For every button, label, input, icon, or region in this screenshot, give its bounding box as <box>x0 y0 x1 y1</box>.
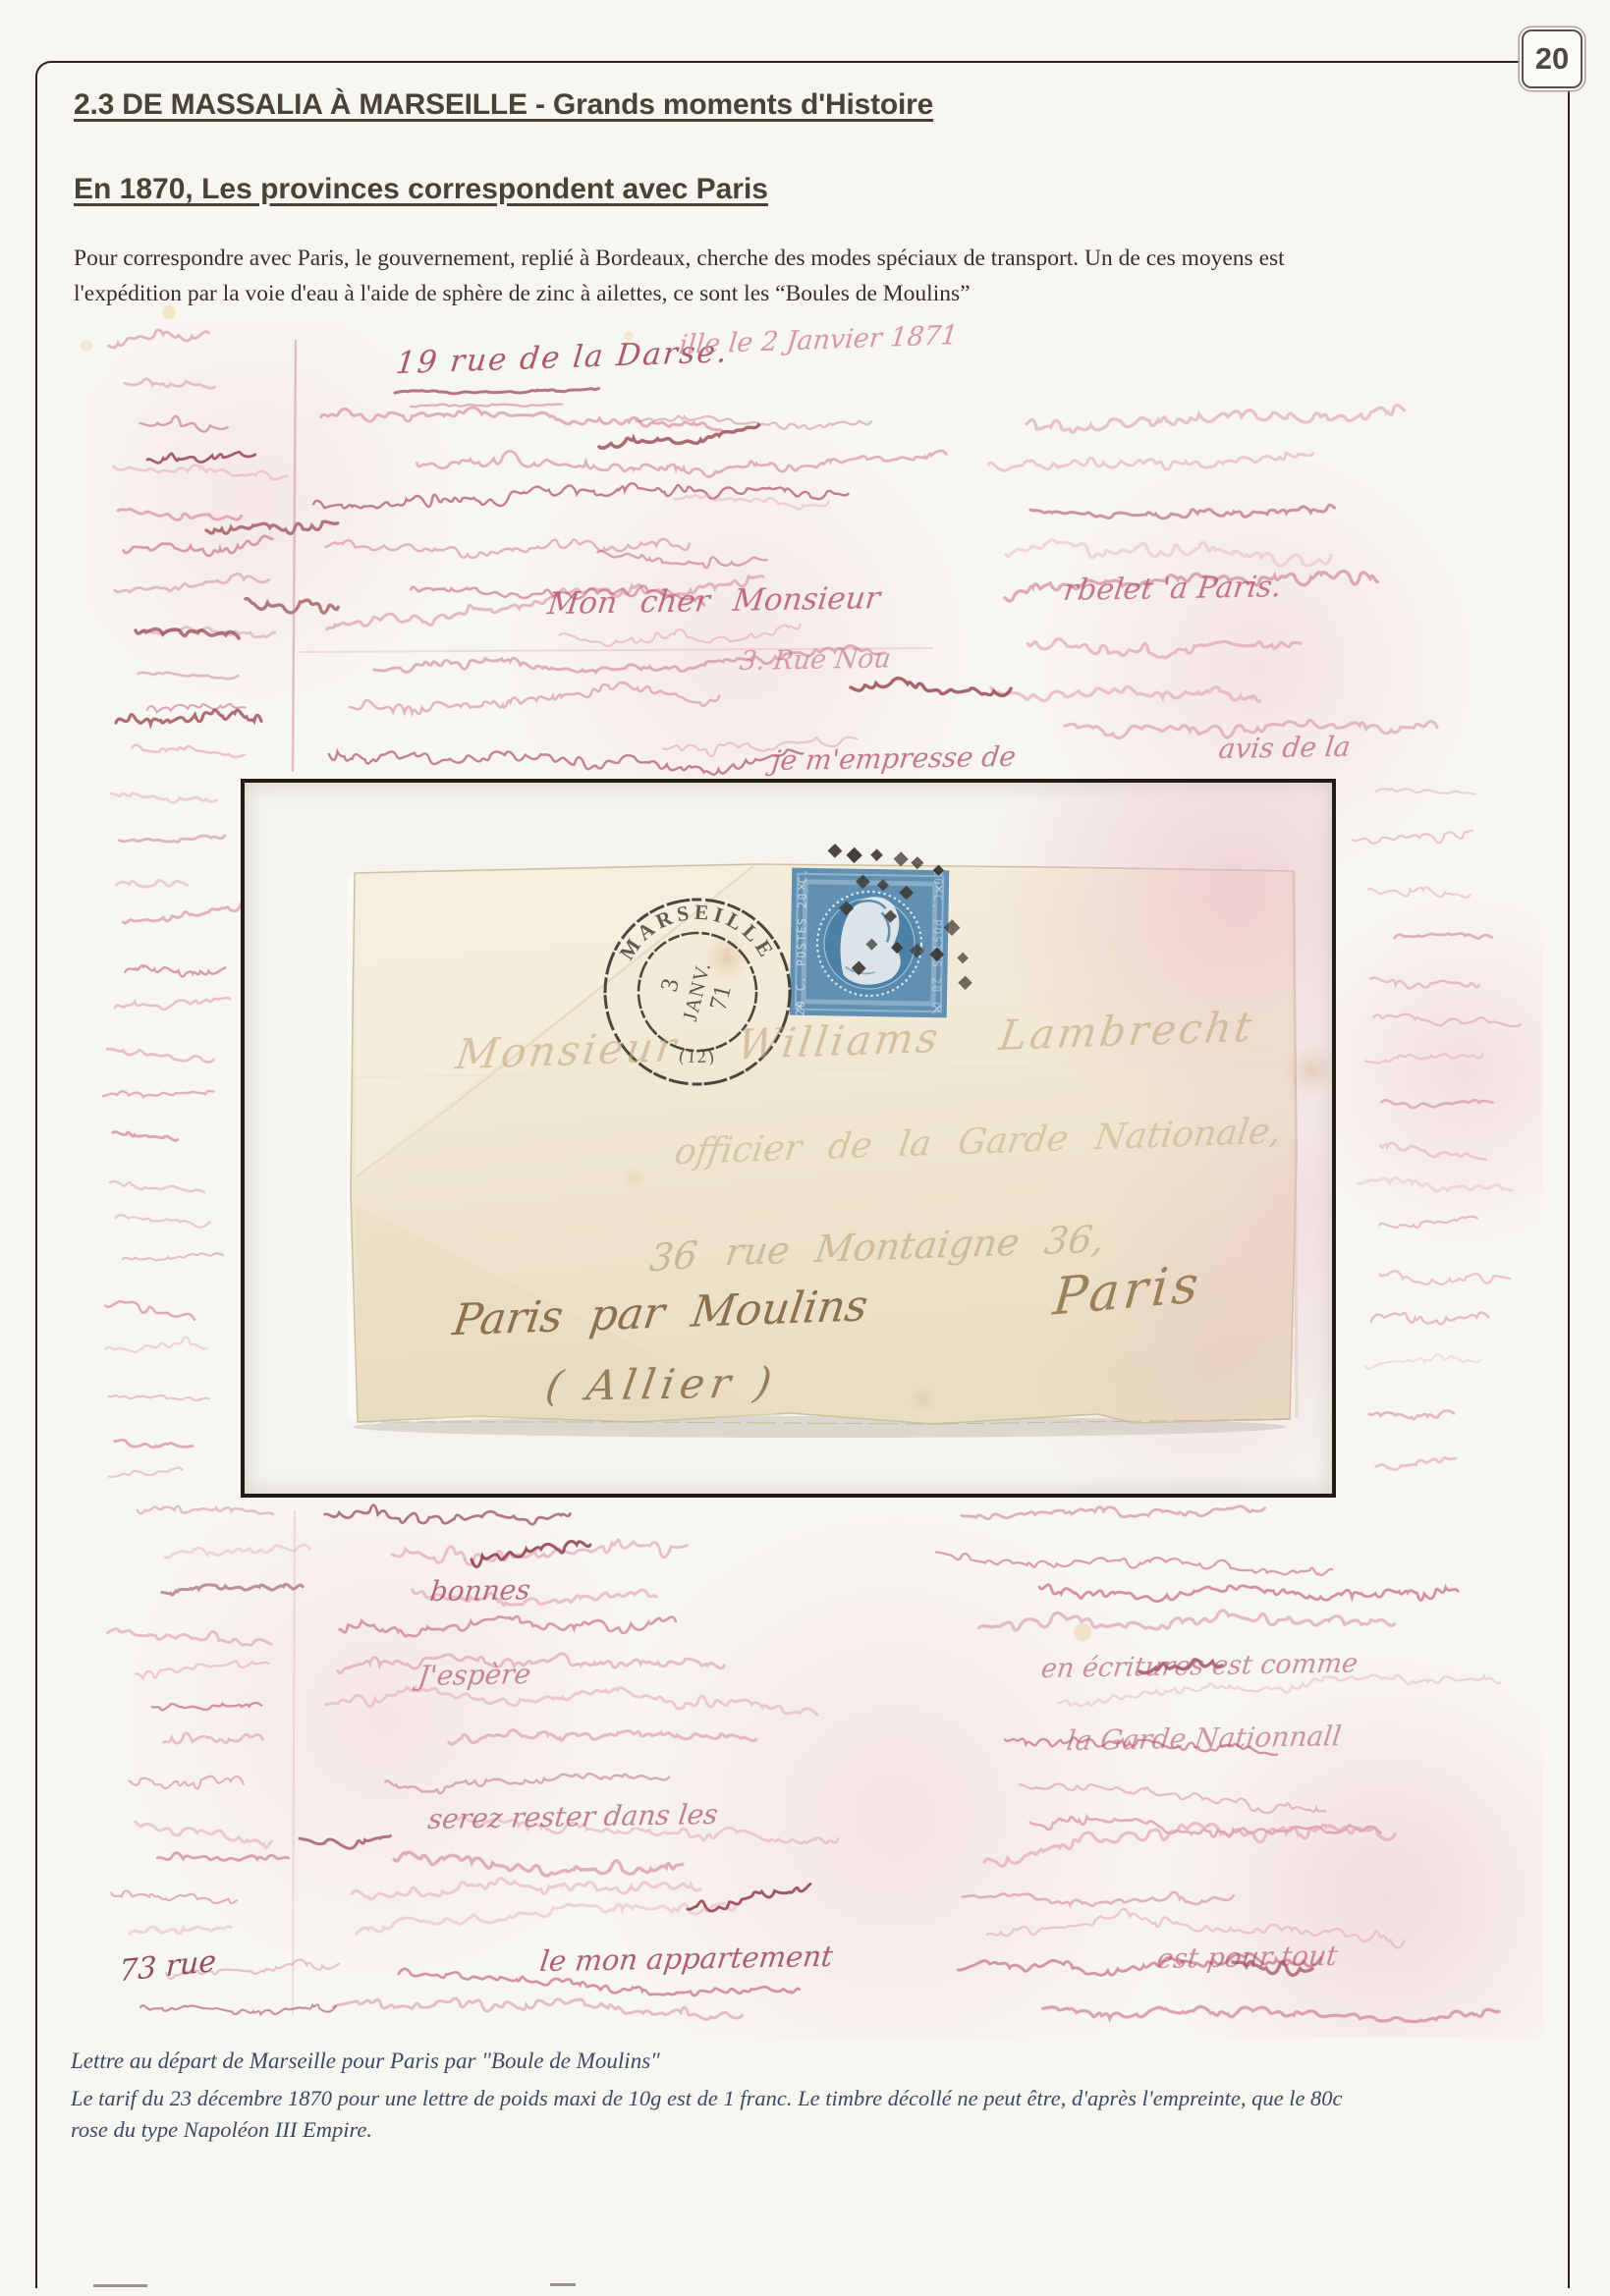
handwriting-stroke <box>152 1699 261 1715</box>
stain-spot-3 <box>622 1167 645 1190</box>
handwriting-stroke <box>1380 1142 1486 1159</box>
foxing-spot <box>81 340 92 352</box>
caption-line-2: Le tarif du 23 décembre 1870 pour une le… <box>71 2086 1343 2111</box>
handwriting-stroke <box>118 509 242 520</box>
handwriting-stroke <box>329 749 804 775</box>
handwriting-stroke <box>147 452 255 463</box>
handwriting-stroke <box>114 462 287 484</box>
handwriting-stroke <box>129 1776 244 1789</box>
handwriting-stroke <box>138 1505 273 1514</box>
handwriting-stroke <box>140 415 228 432</box>
handwriting-stroke <box>140 2003 336 2015</box>
handwriting-stroke <box>125 963 225 978</box>
handwriting-stroke <box>1365 1353 1480 1369</box>
cancel-dot <box>846 847 861 863</box>
handwriting-stroke <box>135 1822 272 1847</box>
handwriting-stroke <box>136 1661 269 1678</box>
handwriting-stroke <box>105 1337 206 1352</box>
handwriting-stroke <box>119 836 224 844</box>
cancel-dot <box>828 844 843 858</box>
handwriting-stroke <box>1395 930 1492 943</box>
handwriting-stroke <box>1039 1581 1458 1604</box>
exhibit-page: 20 2.3 DE MASSALIA À MARSEILLE - Grands … <box>0 0 1610 2296</box>
handwriting-stroke <box>138 673 238 680</box>
caption-line-3: rose du type Napoléon III Empire. <box>71 2117 372 2143</box>
section-title: 2.3 DE MASSALIA À MARSEILLE - Grands mom… <box>74 88 933 122</box>
stain-spot-4 <box>909 1385 938 1414</box>
handwriting-stroke <box>449 1724 756 1748</box>
handwriting-stroke <box>113 1128 178 1145</box>
handwriting-stroke <box>352 1876 700 1905</box>
letter-fold-line-lower <box>293 1510 295 2015</box>
handwriting-stroke <box>1373 1012 1521 1029</box>
handwriting-stroke <box>246 599 339 614</box>
handwriting-stroke <box>936 1553 1333 1576</box>
handwriting-stroke <box>979 1605 1395 1639</box>
handwriting-stroke <box>1381 1098 1492 1108</box>
handwriting-stroke <box>1006 540 1331 567</box>
photo-inset-frame: × × × × 20 C. POSTES 20 C. 20 C. POSTES … <box>241 779 1336 1498</box>
handwriting-stroke <box>1370 1312 1488 1325</box>
handwriting-stroke <box>115 994 230 1012</box>
letter-fold-line-upper <box>293 340 296 772</box>
handwriting-stroke <box>162 1580 304 1595</box>
handwriting-stroke <box>411 401 562 410</box>
handwriting-stroke <box>130 1923 231 1937</box>
handwriting-stroke <box>1376 788 1475 794</box>
letter-fragment-garde: la Garde Nationnall <box>1065 1720 1343 1757</box>
handwriting-stroke <box>598 425 759 449</box>
handwriting-stroke <box>114 573 269 592</box>
handwriting-stroke <box>340 1612 676 1642</box>
page-number: 20 <box>1535 41 1569 77</box>
handwriting-stroke <box>133 741 245 761</box>
handwriting-stroke <box>109 1392 210 1403</box>
stamp-edge-text-right: 20 C. POSTES 20 C. <box>929 869 946 1018</box>
handwriting-stroke <box>165 1544 310 1558</box>
handwriting-stroke <box>597 551 767 570</box>
handwriting-stroke <box>988 453 1313 472</box>
handwriting-stroke <box>1030 505 1335 519</box>
handwriting-stroke <box>1365 1052 1483 1064</box>
handwriting-stroke <box>116 709 261 725</box>
handwriting-stroke <box>1358 1176 1512 1192</box>
handwriting-stroke <box>313 483 849 508</box>
handwriting-stroke <box>394 1849 683 1877</box>
caption-line-1: Lettre au départ de Marseille pour Paris… <box>71 2049 660 2074</box>
chapter-subtitle: En 1870, Les provinces correspondent ave… <box>74 173 768 206</box>
handwriting-stroke <box>325 1680 817 1723</box>
handwriting-stroke <box>991 683 1260 705</box>
letter-fragment-jespere: J'espère <box>416 1658 532 1692</box>
handwriting-stroke <box>851 678 1011 696</box>
handwriting-stroke <box>110 793 216 803</box>
intro-paragraph-line2: l'expédition par la voie d'eau à l'aide … <box>74 281 971 307</box>
handwriting-stroke <box>124 534 273 556</box>
handwriting-stroke <box>110 1181 204 1193</box>
handwriting-stroke <box>416 444 946 479</box>
handwriting-stroke <box>385 1769 669 1799</box>
handwriting-stroke <box>1369 1410 1454 1421</box>
handwriting-stroke <box>392 1537 688 1568</box>
letter-fragment-empresse: je m'empresse de <box>770 740 1018 777</box>
handwriting-stroke <box>300 1835 391 1850</box>
handwriting-stroke <box>125 379 214 389</box>
handwriting-stroke <box>1368 886 1471 901</box>
handwriting-stroke <box>206 521 338 534</box>
handwriting-stroke <box>163 1732 262 1743</box>
handwriting-stroke <box>105 1301 194 1320</box>
frame-bottom-mark-2 <box>550 2283 576 2286</box>
handwriting-stroke <box>1027 405 1404 432</box>
handwriting-stroke <box>107 1626 272 1646</box>
handwriting-stroke <box>1370 978 1479 990</box>
handwriting-stroke <box>103 1090 214 1098</box>
handwriting-stroke <box>325 1503 571 1527</box>
handwriting-stroke <box>1353 830 1472 844</box>
handwriting-stroke <box>350 681 720 714</box>
handwriting-stroke <box>395 384 599 398</box>
handwriting-stroke <box>108 330 208 348</box>
letter-fragment-bonnes: bonnes <box>428 1573 532 1608</box>
letter-fragment-pour-tout: est pour tout <box>1155 1940 1340 1975</box>
page-number-badge: 20 <box>1522 29 1582 88</box>
routing-line-2: ( Allier ) <box>542 1358 781 1410</box>
handwriting-stroke <box>123 1252 224 1262</box>
letter-fragment-salutation: Mon cher Monsieur <box>546 580 882 622</box>
handwriting-stroke <box>1379 1217 1477 1229</box>
letter-fragment-ecritures: en écritures est comme <box>1039 1648 1360 1684</box>
handwriting-stroke <box>115 1215 209 1228</box>
foxing-spot <box>162 305 176 319</box>
handwriting-stroke <box>962 1506 1265 1519</box>
cancel-dot <box>870 848 883 861</box>
handwriting-stroke <box>1380 1270 1511 1285</box>
handwriting-stroke <box>560 625 802 647</box>
handwriting-stroke <box>963 1892 1234 1906</box>
letter-fragment-rue: 3. Rue Nou <box>738 643 893 677</box>
letter-fragment-rester: serez rester dans les <box>426 1798 720 1835</box>
address-house-number: 36 <box>647 1233 699 1281</box>
handwriting-stroke <box>674 491 829 514</box>
handwriting-stroke <box>157 1852 289 1861</box>
letter-fragment-paris: rbelet 'a Paris. <box>1062 570 1284 608</box>
stamp-edge-text-left: 20 C. POSTES 20 C. <box>794 867 810 1016</box>
handwriting-stroke <box>108 1467 182 1477</box>
handwriting-stroke <box>1020 1783 1327 1815</box>
handwriting-stroke <box>1043 2001 1500 2026</box>
intro-paragraph-line1: Pour correspondre avec Paris, le gouvern… <box>74 246 1285 272</box>
foxing-spot <box>1074 1623 1091 1641</box>
handwriting-stroke <box>687 1885 810 1912</box>
handwriting-stroke <box>123 903 243 924</box>
cancel-dot <box>894 851 909 866</box>
handwriting-stroke <box>333 1995 742 2024</box>
handwriting-stroke <box>111 1887 237 1907</box>
handwriting-stroke <box>114 1440 193 1449</box>
handwriting-stroke <box>116 879 188 889</box>
letter-fragment-appartement: le mon appartement <box>538 1940 835 1978</box>
letter-fragment-avis: avis de la <box>1217 731 1353 765</box>
handwriting-stroke <box>1027 637 1301 660</box>
frame-bottom-mark-1 <box>93 2284 147 2287</box>
handwriting-stroke <box>356 1900 737 1934</box>
handwriting-stroke <box>1375 1457 1456 1471</box>
handwriting-stroke <box>106 1049 213 1063</box>
